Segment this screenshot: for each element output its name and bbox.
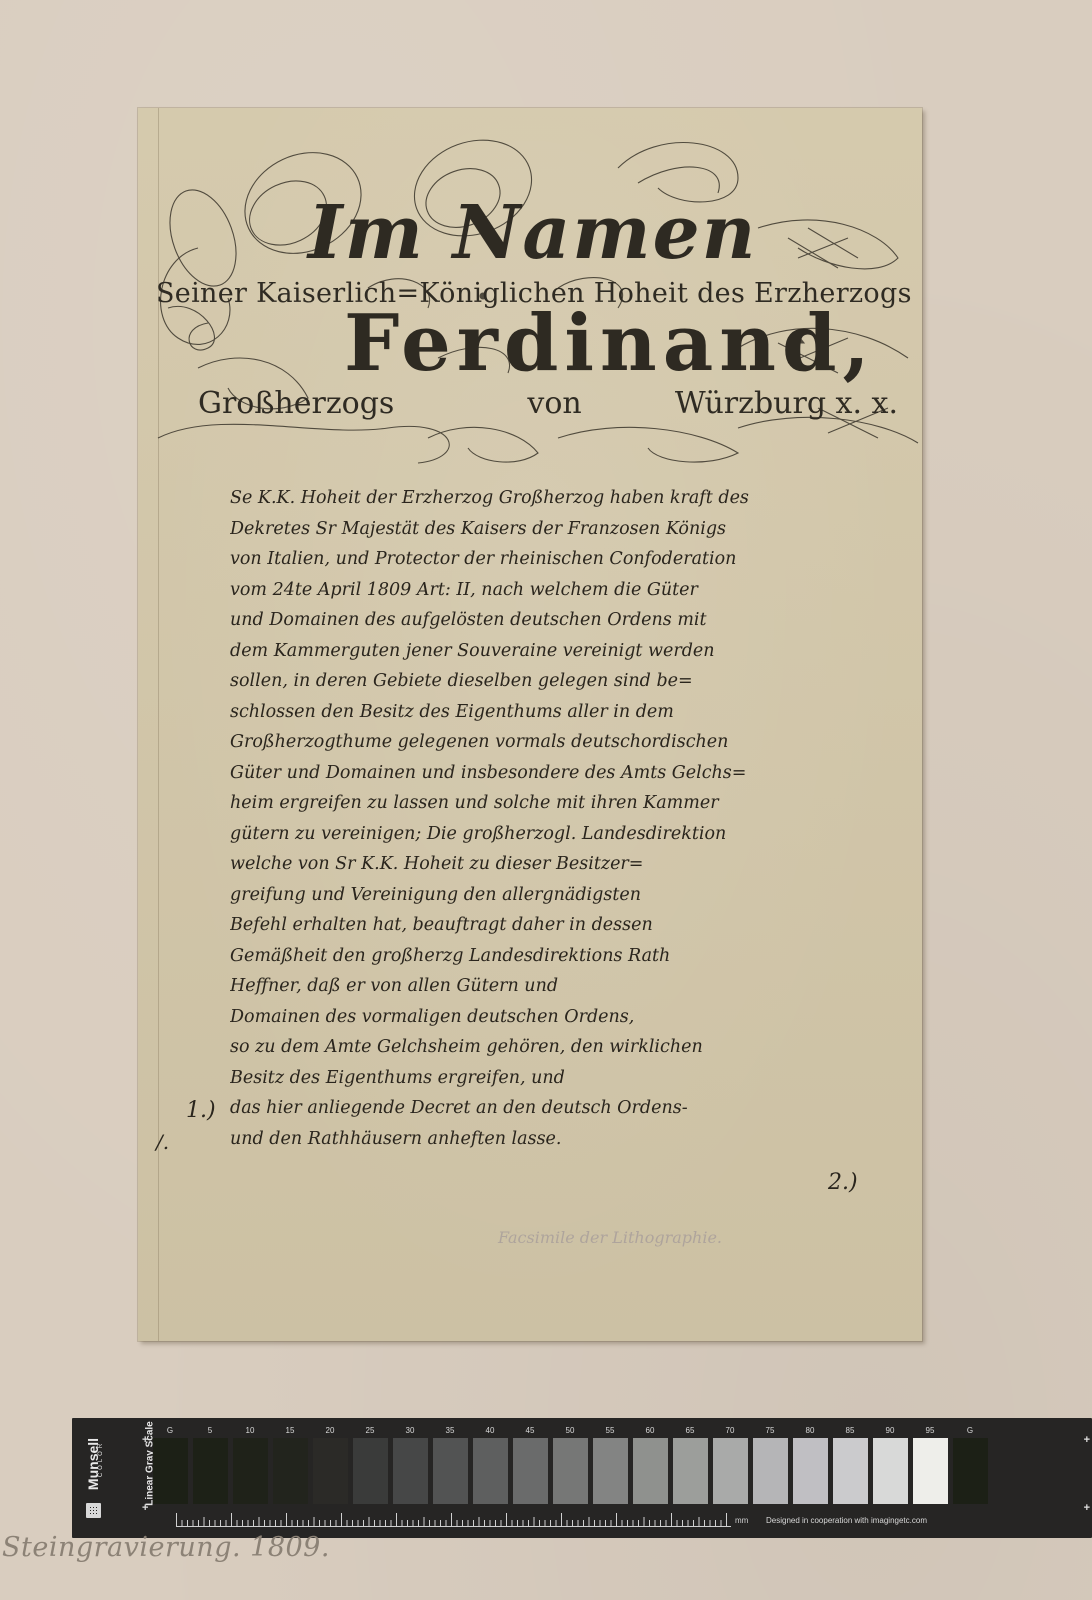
patch-label: 5 [208,1424,212,1438]
gray-patch: 40 [472,1424,508,1504]
patch-label: 15 [286,1424,295,1438]
heading-von: von [527,386,581,421]
patch-label: 20 [326,1424,335,1438]
body-line: Dekretes Sr Majestät des Kaisers der Fra… [230,514,880,545]
heading-grand-duke-line: Großherzogs von Würzburg x. x. [198,386,938,421]
heading-ferdinand: Ferdinand, [344,298,876,389]
heading-im-namen: Im Namen [308,190,757,276]
patch-swatch [553,1438,588,1504]
patch-label: 65 [686,1424,695,1438]
body-line: Heffner, daß er von allen Gütern und [230,971,880,1002]
gray-patch: 60 [632,1424,668,1504]
gray-patch: 20 [312,1424,348,1504]
body-line: Gemäßheit den großherzg Landesdirektions… [230,941,880,972]
patch-label: 75 [766,1424,775,1438]
ruler-unit: mm [735,1516,748,1525]
body-line: und den Rathhäusern anheften lasse. [230,1124,880,1155]
gray-patch: 15 [272,1424,308,1504]
patch-swatch [353,1438,388,1504]
patch-swatch [753,1438,788,1504]
gray-patch: 75 [752,1424,788,1504]
body-line: vom 24te April 1809 Art: II, nach welche… [230,575,880,606]
registration-plus-icon: + [142,1502,148,1514]
patch-label: G [967,1424,973,1438]
patch-swatch [873,1438,908,1504]
body-line: Se K.K. Hoheit der Erzherzog Großherzog … [230,483,880,514]
patch-label: 35 [446,1424,455,1438]
heading-grossherzogs: Großherzogs [198,386,394,421]
body-line: sollen, in deren Gebiete dieselben geleg… [230,666,880,697]
patch-swatch [593,1438,628,1504]
patch-label: 10 [246,1424,255,1438]
body-line: Befehl erhalten hat, beauftragt daher in… [230,910,880,941]
patch-swatch [393,1438,428,1504]
patch-swatch [793,1438,828,1504]
body-line: und Domainen des aufgelösten deutschen O… [230,605,880,636]
body-line: Besitz des Eigenthums ergreifen, und [230,1063,880,1094]
handwritten-body: Se K.K. Hoheit der Erzherzog Großherzog … [230,483,880,1154]
patch-label: 90 [886,1424,895,1438]
gray-patch: 30 [392,1424,428,1504]
registration-plus-icon: + [142,1434,148,1446]
patch-swatch [273,1438,308,1504]
gray-patch: 45 [512,1424,548,1504]
gray-patch: 65 [672,1424,708,1504]
engraved-heading: Im Namen Seiner Kaiserlich=Königlichen H… [138,108,922,478]
gray-patch: 85 [832,1424,868,1504]
gray-patches: G5101520253035404550556065707580859095G [152,1424,988,1504]
patch-label: 85 [846,1424,855,1438]
patch-swatch [313,1438,348,1504]
patch-label: 70 [726,1424,735,1438]
gray-patch: G [152,1424,188,1504]
gray-patch: 90 [872,1424,908,1504]
mount-caption: Steingravierung. 1809. [2,1532,330,1563]
body-line: dem Kammerguten jener Souveraine vereini… [230,636,880,667]
pencil-annotation: Facsimile der Lithographie. [498,1228,722,1247]
registration-plus-icon: + [1084,1434,1090,1446]
patch-label: G [167,1424,173,1438]
gray-patch: 35 [432,1424,468,1504]
patch-swatch [833,1438,868,1504]
munsell-brand: Munsell COLOR [80,1426,120,1530]
gray-patch: 55 [592,1424,628,1504]
body-line: schlossen den Besitz des Eigenthums alle… [230,697,880,728]
body-line: so zu dem Amte Gelchsheim gehören, den w… [230,1032,880,1063]
mm-ruler [176,1510,731,1527]
munsell-logo-icon [86,1503,101,1518]
body-line: von Italien, und Protector der rheinisch… [230,544,880,575]
patch-swatch [153,1438,188,1504]
body-line: heim ergreifen zu lassen und solche mit … [230,788,880,819]
body-line: Domainen des vormaligen deutschen Ordens… [230,1002,880,1033]
patch-label: 25 [366,1424,375,1438]
patch-swatch [953,1438,988,1504]
card-credit: Designed in cooperation with imagingetc.… [766,1516,927,1525]
gray-patch: 70 [712,1424,748,1504]
body-line: greifung und Vereinigung den allergnädig… [230,880,880,911]
patch-swatch [433,1438,468,1504]
manuscript-sheet: Im Namen Seiner Kaiserlich=Königlichen H… [138,108,922,1341]
brand-subtitle: COLOR [98,1424,104,1494]
patch-label: 50 [566,1424,575,1438]
next-item-number: 2.) [828,1170,858,1195]
margin-mark: /. [156,1130,169,1154]
gray-patch: G [952,1424,988,1504]
patch-label: 95 [926,1424,935,1438]
patch-swatch [513,1438,548,1504]
patch-label: 80 [806,1424,815,1438]
gray-patch: 80 [792,1424,828,1504]
heading-wuerzburg: Würzburg x. x. [675,386,898,421]
patch-swatch [633,1438,668,1504]
munsell-gray-scale-card: Munsell COLOR Linear Gray Scale + + + + … [72,1418,1092,1538]
gray-patch: 10 [232,1424,268,1504]
patch-label: 30 [406,1424,415,1438]
gray-patch: 5 [192,1424,228,1504]
gray-patch: 50 [552,1424,588,1504]
patch-label: 60 [646,1424,655,1438]
patch-swatch [673,1438,708,1504]
patch-swatch [193,1438,228,1504]
margin-item-number: 1.) [186,1098,216,1123]
patch-swatch [713,1438,748,1504]
patch-swatch [473,1438,508,1504]
registration-plus-icon: + [1084,1502,1090,1514]
patch-label: 40 [486,1424,495,1438]
body-line: das hier anliegende Decret an den deutsc… [230,1093,880,1124]
body-line: Großherzogthume gelegenen vormals deutsc… [230,727,880,758]
body-line: welche von Sr K.K. Hoheit zu dieser Besi… [230,849,880,880]
patch-label: 55 [606,1424,615,1438]
gray-patch: 95 [912,1424,948,1504]
body-line: Güter und Domainen und insbesondere des … [230,758,880,789]
gray-patch: 25 [352,1424,388,1504]
body-line: gütern zu vereinigen; Die großherzogl. L… [230,819,880,850]
patch-swatch [913,1438,948,1504]
patch-label: 45 [526,1424,535,1438]
patch-swatch [233,1438,268,1504]
